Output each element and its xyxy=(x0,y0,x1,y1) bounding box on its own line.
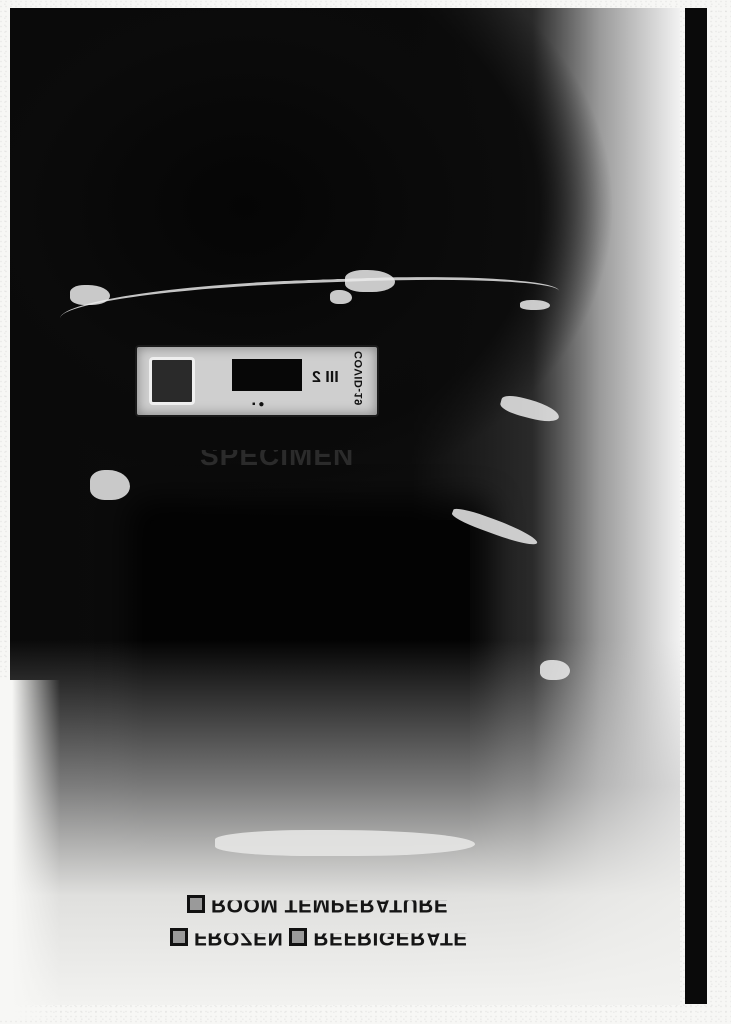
storage-option-row-2: FROZEN REFRIGERATE xyxy=(170,925,468,949)
label-vertical-text: COVID-19 xyxy=(353,351,373,411)
test-kit-label: III 2 ▪ ● COVID-19 xyxy=(135,345,379,417)
plastic-highlight xyxy=(70,285,110,305)
checkbox-icon xyxy=(187,895,205,913)
plastic-highlight xyxy=(540,660,570,680)
checkbox-icon xyxy=(170,928,188,946)
photo-left-fade xyxy=(0,680,60,1020)
scan-edge-bar xyxy=(685,8,707,1004)
plastic-highlight xyxy=(345,270,395,292)
label-dots: ▪ ● xyxy=(252,399,264,410)
storage-option-room-temperature: ROOM TEMPERATURE xyxy=(187,892,448,916)
photo-lower-fade xyxy=(10,640,680,1005)
plastic-highlight xyxy=(215,830,475,856)
plastic-highlight xyxy=(520,300,550,310)
sample-window-icon xyxy=(149,357,195,405)
plastic-highlight xyxy=(330,290,352,304)
result-window xyxy=(232,359,302,391)
storage-option-label: REFRIGERATE xyxy=(313,925,467,949)
storage-option-label: ROOM TEMPERATURE xyxy=(211,892,448,916)
plastic-highlight xyxy=(90,470,130,500)
label-code: III 2 xyxy=(312,369,339,387)
checkbox-icon xyxy=(289,928,307,946)
storage-option-label: FROZEN xyxy=(194,925,283,949)
